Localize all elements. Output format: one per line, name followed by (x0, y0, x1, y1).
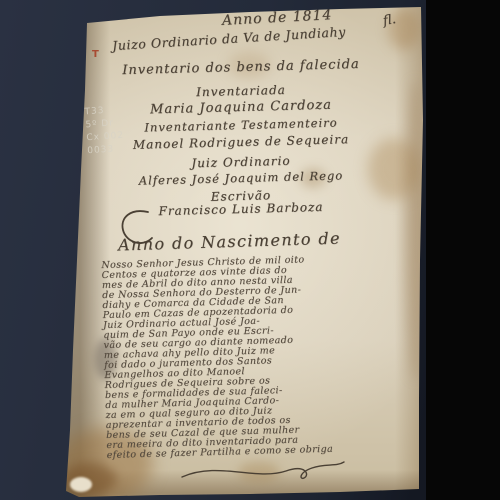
body-paragraph: Nosso Senhor Jesus Christo de mil oito C… (101, 255, 323, 461)
torn-corner-chip (70, 477, 92, 492)
age-stain (406, 80, 424, 380)
title-line: Manoel Rodrigues de Sequeira (110, 132, 372, 153)
photo-backdrop: T33 5º Dr Cx 002 0033 T Anno de 1814 Jui… (0, 0, 500, 500)
closing-flourish (178, 455, 348, 485)
shadow-band (426, 0, 500, 500)
folio-mark: fl. (382, 12, 397, 29)
manuscript-page: T33 5º Dr Cx 002 0033 T Anno de 1814 Jui… (0, 0, 500, 500)
red-margin-mark: T (92, 49, 99, 60)
